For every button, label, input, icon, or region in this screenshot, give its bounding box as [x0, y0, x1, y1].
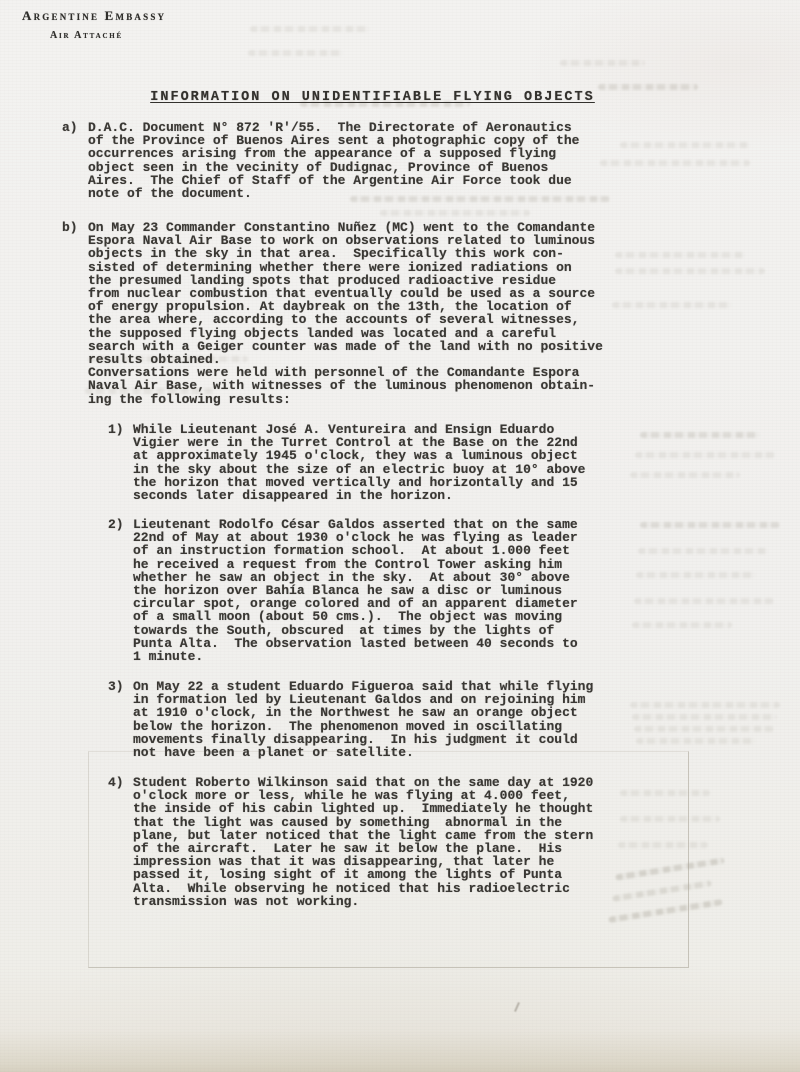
paragraph-a-text: D.A.C. Document N° 872 'R'/55. The Direc… [88, 121, 579, 200]
paragraph-b-text: On May 23 Commander Constantino Nuñez (M… [88, 221, 603, 406]
witness-report-4-label: 4) [108, 776, 124, 789]
witness-report-3-text: On May 22 a student Eduardo Figueroa sai… [133, 680, 593, 759]
letterhead: Argentine Embassy Air Attaché [22, 8, 166, 41]
paragraph-b-label: b) [62, 221, 78, 234]
document-title: INFORMATION ON UNIDENTIFIABLE FLYING OBJ… [0, 90, 745, 105]
witness-report-1: 1) While Lieutenant José A. Ventureira a… [108, 423, 585, 502]
witness-report-2-label: 2) [108, 518, 124, 531]
witness-report-1-text: While Lieutenant José A. Ventureira and … [133, 423, 585, 502]
letterhead-organization: Argentine Embassy [22, 8, 166, 24]
witness-report-3: 3) On May 22 a student Eduardo Figueroa … [108, 680, 593, 759]
paragraph-a: a) D.A.C. Document N° 872 'R'/55. The Di… [62, 121, 579, 200]
witness-report-3-label: 3) [108, 680, 124, 693]
witness-report-4-text: Student Roberto Wilkinson said that on t… [133, 776, 593, 908]
witness-report-1-label: 1) [108, 423, 124, 436]
witness-report-2: 2) Lieutenant Rodolfo César Galdos asser… [108, 518, 578, 663]
witness-report-4: 4) Student Roberto Wilkinson said that o… [108, 776, 593, 908]
paragraph-b: b) On May 23 Commander Constantino Nuñez… [62, 221, 603, 406]
paragraph-a-label: a) [62, 121, 78, 134]
pencil-mark [514, 1002, 520, 1012]
letterhead-office: Air Attaché [50, 30, 166, 41]
scanned-document-page: Argentine Embassy Air Attaché INFORMATIO… [0, 0, 800, 1072]
witness-report-2-text: Lieutenant Rodolfo César Galdos asserted… [133, 518, 578, 663]
